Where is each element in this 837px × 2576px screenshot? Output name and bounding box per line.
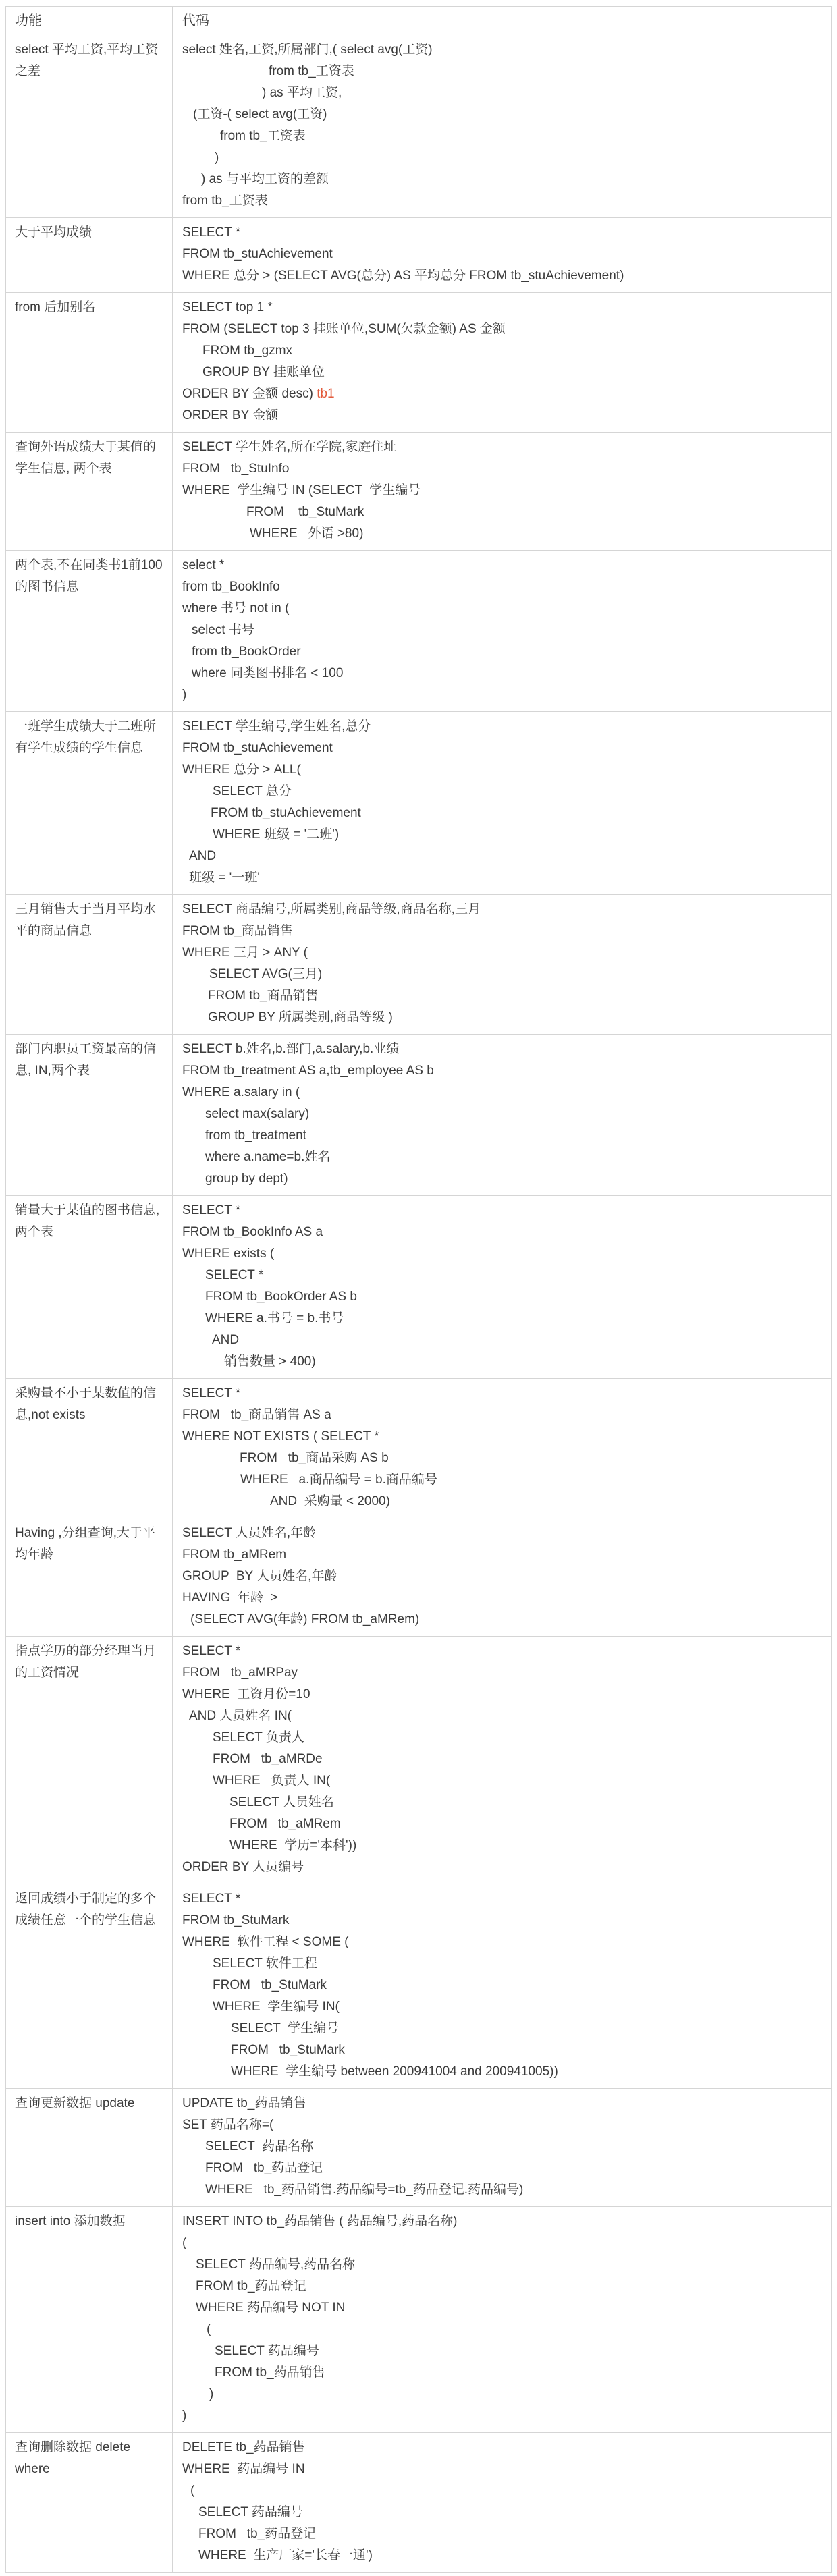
function-label: 三月销售大于当月平均水平的商品信息 xyxy=(6,895,173,1034)
code-line: SELECT 学生编号 xyxy=(182,2018,824,2039)
sql-reference-table: 功能 代码 select 平均工资,平均工资之差select 姓名,工资,所属部… xyxy=(5,6,832,2573)
table-row: insert into 添加数据INSERT INTO tb_药品销售 ( 药品… xyxy=(6,2206,831,2432)
code-line: FROM tb_商品销售 xyxy=(182,985,824,1007)
code-line: GROUP BY 人员姓名,年龄 xyxy=(182,1566,824,1587)
code-line: WHERE 三月 > ANY ( xyxy=(182,942,824,964)
code-line: FROM tb_StuMark xyxy=(182,1910,824,1931)
code-line: WHERE 负责人 IN( xyxy=(182,1770,824,1792)
sql-code-cell: SELECT *FROM tb_stuAchievementWHERE 总分 >… xyxy=(173,218,831,292)
code-line: SELECT 药品编号,药品名称 xyxy=(182,2254,824,2276)
code-line: from tb_BookInfo xyxy=(182,576,824,598)
code-line: FROM tb_商品销售 AS a xyxy=(182,1404,824,1426)
sql-code-cell: SELECT *FROM tb_aMRPayWHERE 工资月份=10AND 人… xyxy=(173,1637,831,1884)
code-line: FROM tb_aMRem xyxy=(182,1544,824,1566)
code-line: FROM tb_药品登记 xyxy=(182,2523,824,2545)
sql-code-cell: SELECT *FROM tb_BookInfo AS aWHERE exist… xyxy=(173,1196,831,1378)
sql-code-cell: select 姓名,工资,所属部门,( select avg(工资)from t… xyxy=(173,35,831,217)
code-line: WHERE 工资月份=10 xyxy=(182,1684,824,1705)
function-label: 查询删除数据 delete where xyxy=(6,2433,173,2572)
table-header-row: 功能 代码 xyxy=(6,7,831,35)
function-label: Having ,分组查询,大于平均年龄 xyxy=(6,1518,173,1636)
code-line: WHERE a.salary in ( xyxy=(182,1082,824,1103)
code-line: SELECT 负责人 xyxy=(182,1727,824,1749)
code-line: (工资-( select avg(工资) xyxy=(182,104,824,126)
code-line: (SELECT AVG(年龄) FROM tb_aMRem) xyxy=(182,1609,824,1630)
table-row: 一班学生成绩大于二班所有学生成绩的学生信息SELECT 学生编号,学生姓名,总分… xyxy=(6,711,831,894)
table-row: 返回成绩小于制定的多个成绩任意一个的学生信息SELECT *FROM tb_St… xyxy=(6,1884,831,2088)
code-line: WHERE a.书号 = b.书号 xyxy=(182,1308,824,1330)
code-line: WHERE 软件工程 < SOME ( xyxy=(182,1931,824,1953)
code-line: AND 采购量 < 2000) xyxy=(182,1491,824,1512)
sql-code-cell: DELETE tb_药品销售WHERE 药品编号 IN(SELECT 药品编号F… xyxy=(173,2433,831,2572)
code-line: select max(salary) xyxy=(182,1103,824,1125)
sql-code-cell: SELECT 商品编号,所属类别,商品等级,商品名称,三月FROM tb_商品销… xyxy=(173,895,831,1034)
function-label: 一班学生成绩大于二班所有学生成绩的学生信息 xyxy=(6,712,173,894)
code-line: ( xyxy=(182,2319,824,2340)
header-cell-code: 代码 xyxy=(173,7,831,35)
code-line: FROM tb_aMRem xyxy=(182,1813,824,1835)
table-alias-accent-text: tb1 xyxy=(317,387,334,401)
code-line: AND xyxy=(182,1330,824,1351)
table-row: 部门内职员工资最高的信息, IN,两个表SELECT b.姓名,b.部门,a.s… xyxy=(6,1034,831,1195)
sql-code-cell: SELECT 学生姓名,所在学院,家庭住址FROM tb_StuInfoWHER… xyxy=(173,433,831,550)
code-line: FROM tb_stuAchievement xyxy=(182,244,824,265)
code-line: FROM tb_stuAchievement xyxy=(182,738,824,759)
sql-code-cell: SELECT b.姓名,b.部门,a.salary,b.业绩FROM tb_tr… xyxy=(173,1035,831,1195)
code-line: FROM tb_aMRPay xyxy=(182,1662,824,1684)
code-line: SELECT 药品编号 xyxy=(182,2340,824,2362)
code-line: SET 药品名称=( xyxy=(182,2114,824,2136)
code-line: from tb_treatment xyxy=(182,1125,824,1147)
code-line: 班级 = '一班' xyxy=(182,867,824,889)
code-line: DELETE tb_药品销售 xyxy=(182,2437,824,2459)
function-label: 部门内职员工资最高的信息, IN,两个表 xyxy=(6,1035,173,1195)
code-line: from tb_工资表 xyxy=(182,126,824,147)
code-line: FROM tb_StuMark xyxy=(182,501,824,523)
code-line: WHERE 药品编号 NOT IN xyxy=(182,2297,824,2319)
code-line: HAVING 年龄 > xyxy=(182,1587,824,1609)
code-line: FROM tb_药品登记 xyxy=(182,2276,824,2297)
code-line: WHERE 总分 > ALL( xyxy=(182,759,824,781)
table-row: Having ,分组查询,大于平均年龄SELECT 人员姓名,年龄FROM tb… xyxy=(6,1518,831,1636)
code-line: select 姓名,工资,所属部门,( select avg(工资) xyxy=(182,39,824,61)
code-line: SELECT * xyxy=(182,1641,824,1662)
code-line: 销售数量 > 400) xyxy=(182,1351,824,1373)
code-line: select * xyxy=(182,555,824,576)
code-line: WHERE 学生编号 between 200941004 and 2009410… xyxy=(182,2061,824,2083)
code-line: ORDER BY 人员编号 xyxy=(182,1857,824,1878)
code-line: FROM tb_stuAchievement xyxy=(182,802,824,824)
code-line: SELECT * xyxy=(182,1383,824,1404)
code-line: FROM tb_药品销售 xyxy=(182,2362,824,2384)
code-line: WHERE 班级 = '二班') xyxy=(182,824,824,846)
code-line: SELECT 总分 xyxy=(182,781,824,802)
function-label: 采购量不小于某数值的信息,not exists xyxy=(6,1379,173,1518)
table-row: 销量大于某值的图书信息,两个表SELECT *FROM tb_BookInfo … xyxy=(6,1195,831,1378)
code-line: WHERE 外语 >80) xyxy=(182,523,824,545)
code-line: select 书号 xyxy=(182,620,824,641)
code-line: ) xyxy=(182,2405,824,2427)
code-line: AND 人员姓名 IN( xyxy=(182,1705,824,1727)
code-line: SELECT 学生编号,学生姓名,总分 xyxy=(182,716,824,738)
function-label: 销量大于某值的图书信息,两个表 xyxy=(6,1196,173,1378)
function-label: 大于平均成绩 xyxy=(6,218,173,292)
sql-code-cell: select *from tb_BookInfowhere 书号 not in … xyxy=(173,551,831,711)
code-line: ( xyxy=(182,2480,824,2502)
code-line: SELECT AVG(三月) xyxy=(182,964,824,985)
function-label: 查询外语成绩大于某值的学生信息, 两个表 xyxy=(6,433,173,550)
function-label: from 后加别名 xyxy=(6,293,173,432)
function-label: select 平均工资,平均工资之差 xyxy=(6,35,173,217)
sql-code-cell: SELECT 人员姓名,年龄FROM tb_aMRemGROUP BY 人员姓名… xyxy=(173,1518,831,1636)
sql-table-body: select 平均工资,平均工资之差select 姓名,工资,所属部门,( se… xyxy=(6,35,831,2572)
code-line: from tb_工资表 xyxy=(182,190,824,212)
table-row: 两个表,不在同类书1前100 的图书信息select *from tb_Book… xyxy=(6,550,831,711)
code-line: WHERE exists ( xyxy=(182,1243,824,1265)
code-line: ) xyxy=(182,684,824,706)
sql-code-cell: UPDATE tb_药品销售SET 药品名称=(SELECT 药品名称FROM … xyxy=(173,2089,831,2206)
code-line: SELECT 人员姓名 xyxy=(182,1792,824,1813)
table-row: 查询删除数据 delete whereDELETE tb_药品销售WHERE 药… xyxy=(6,2432,831,2572)
code-line: WHERE 总分 > (SELECT AVG(总分) AS 平均总分 FROM … xyxy=(182,265,824,287)
code-line: WHERE 学历='本科')) xyxy=(182,1835,824,1857)
code-line: SELECT 药品名称 xyxy=(182,2136,824,2158)
code-line: SELECT 学生姓名,所在学院,家庭住址 xyxy=(182,437,824,458)
code-line: UPDATE tb_药品销售 xyxy=(182,2093,824,2114)
code-line: SELECT * xyxy=(182,1888,824,1910)
table-row: 采购量不小于某数值的信息,not existsSELECT *FROM tb_商… xyxy=(6,1378,831,1518)
code-line: group by dept) xyxy=(182,1168,824,1190)
code-line: SELECT top 1 * xyxy=(182,297,824,319)
function-label: 查询更新数据 update xyxy=(6,2089,173,2206)
code-line: SELECT * xyxy=(182,1200,824,1222)
code-line: FROM tb_StuInfo xyxy=(182,458,824,480)
code-line: WHERE a.商品编号 = b.商品编号 xyxy=(182,1469,824,1491)
code-line: ) xyxy=(182,2384,824,2405)
code-line: GROUP BY 挂账单位 xyxy=(182,362,824,383)
code-line: SELECT 人员姓名,年龄 xyxy=(182,1523,824,1544)
code-line: ( xyxy=(182,2232,824,2254)
code-line: GROUP BY 所属类别,商品等级 ) xyxy=(182,1007,824,1029)
code-line: FROM tb_gzmx xyxy=(182,340,824,362)
code-line: SELECT b.姓名,b.部门,a.salary,b.业绩 xyxy=(182,1039,824,1060)
code-line: where a.name=b.姓名 xyxy=(182,1147,824,1168)
table-row: 查询外语成绩大于某值的学生信息, 两个表SELECT 学生姓名,所在学院,家庭住… xyxy=(6,432,831,550)
code-line: INSERT INTO tb_药品销售 ( 药品编号,药品名称) xyxy=(182,2211,824,2232)
code-line: SELECT 软件工程 xyxy=(182,1953,824,1975)
code-line: ORDER BY 金额 desc) tb1 xyxy=(182,383,824,405)
table-row: 三月销售大于当月平均水平的商品信息SELECT 商品编号,所属类别,商品等级,商… xyxy=(6,894,831,1034)
code-text: ORDER BY 金额 desc) xyxy=(182,387,317,401)
table-row: 大于平均成绩SELECT *FROM tb_stuAchievementWHER… xyxy=(6,217,831,292)
code-line: WHERE 药品编号 IN xyxy=(182,2459,824,2480)
sql-code-cell: SELECT top 1 *FROM (SELECT top 3 挂账单位,SU… xyxy=(173,293,831,432)
code-line: SELECT * xyxy=(182,1265,824,1286)
function-label: insert into 添加数据 xyxy=(6,2207,173,2432)
code-line: WHERE tb_药品销售.药品编号=tb_药品登记.药品编号) xyxy=(182,2179,824,2201)
code-line: SELECT 药品编号 xyxy=(182,2502,824,2523)
code-line: FROM tb_BookInfo AS a xyxy=(182,1222,824,1243)
code-line: WHERE 学生编号 IN (SELECT 学生编号 xyxy=(182,480,824,501)
code-line: where 同类图书排名 < 100 xyxy=(182,663,824,684)
sql-code-cell: SELECT *FROM tb_StuMarkWHERE 软件工程 < SOME… xyxy=(173,1884,831,2088)
code-line: ) xyxy=(182,147,824,169)
document-page: 功能 代码 select 平均工资,平均工资之差select 姓名,工资,所属部… xyxy=(0,0,837,2576)
code-line: ORDER BY 金额 xyxy=(182,405,824,427)
code-line: FROM tb_药品登记 xyxy=(182,2158,824,2179)
code-line: FROM tb_商品采购 AS b xyxy=(182,1448,824,1469)
function-label: 指点学历的部分经理当月的工资情况 xyxy=(6,1637,173,1884)
code-line: WHERE 生产厂家='长春一通') xyxy=(182,2545,824,2567)
table-row: 指点学历的部分经理当月的工资情况SELECT *FROM tb_aMRPayWH… xyxy=(6,1636,831,1884)
function-label: 返回成绩小于制定的多个成绩任意一个的学生信息 xyxy=(6,1884,173,2088)
code-line: SELECT * xyxy=(182,222,824,244)
sql-code-cell: SELECT *FROM tb_商品销售 AS aWHERE NOT EXIST… xyxy=(173,1379,831,1518)
code-line: ) as 与平均工资的差额 xyxy=(182,169,824,190)
table-row: select 平均工资,平均工资之差select 姓名,工资,所属部门,( se… xyxy=(6,35,831,217)
code-line: FROM tb_商品销售 xyxy=(182,921,824,942)
header-cell-function: 功能 xyxy=(6,7,173,35)
code-line: FROM tb_BookOrder AS b xyxy=(182,1286,824,1308)
code-line: from tb_工资表 xyxy=(182,61,824,82)
code-line: FROM tb_aMRDe xyxy=(182,1749,824,1770)
table-row: from 后加别名SELECT top 1 *FROM (SELECT top … xyxy=(6,292,831,432)
table-row: 查询更新数据 updateUPDATE tb_药品销售SET 药品名称=(SEL… xyxy=(6,2088,831,2206)
code-line: SELECT 商品编号,所属类别,商品等级,商品名称,三月 xyxy=(182,899,824,921)
code-line: FROM tb_treatment AS a,tb_employee AS b xyxy=(182,1060,824,1082)
code-line: ) as 平均工资, xyxy=(182,82,824,104)
code-line: AND xyxy=(182,846,824,867)
function-label: 两个表,不在同类书1前100 的图书信息 xyxy=(6,551,173,711)
code-line: FROM tb_StuMark xyxy=(182,1975,824,1996)
code-line: WHERE NOT EXISTS ( SELECT * xyxy=(182,1426,824,1448)
code-line: from tb_BookOrder xyxy=(182,641,824,663)
code-line: where 书号 not in ( xyxy=(182,598,824,620)
code-line: WHERE 学生编号 IN( xyxy=(182,1996,824,2018)
code-line: FROM (SELECT top 3 挂账单位,SUM(欠款金额) AS 金额 xyxy=(182,319,824,340)
code-line: FROM tb_StuMark xyxy=(182,2039,824,2061)
sql-code-cell: SELECT 学生编号,学生姓名,总分FROM tb_stuAchievemen… xyxy=(173,712,831,894)
sql-code-cell: INSERT INTO tb_药品销售 ( 药品编号,药品名称)(SELECT … xyxy=(173,2207,831,2432)
